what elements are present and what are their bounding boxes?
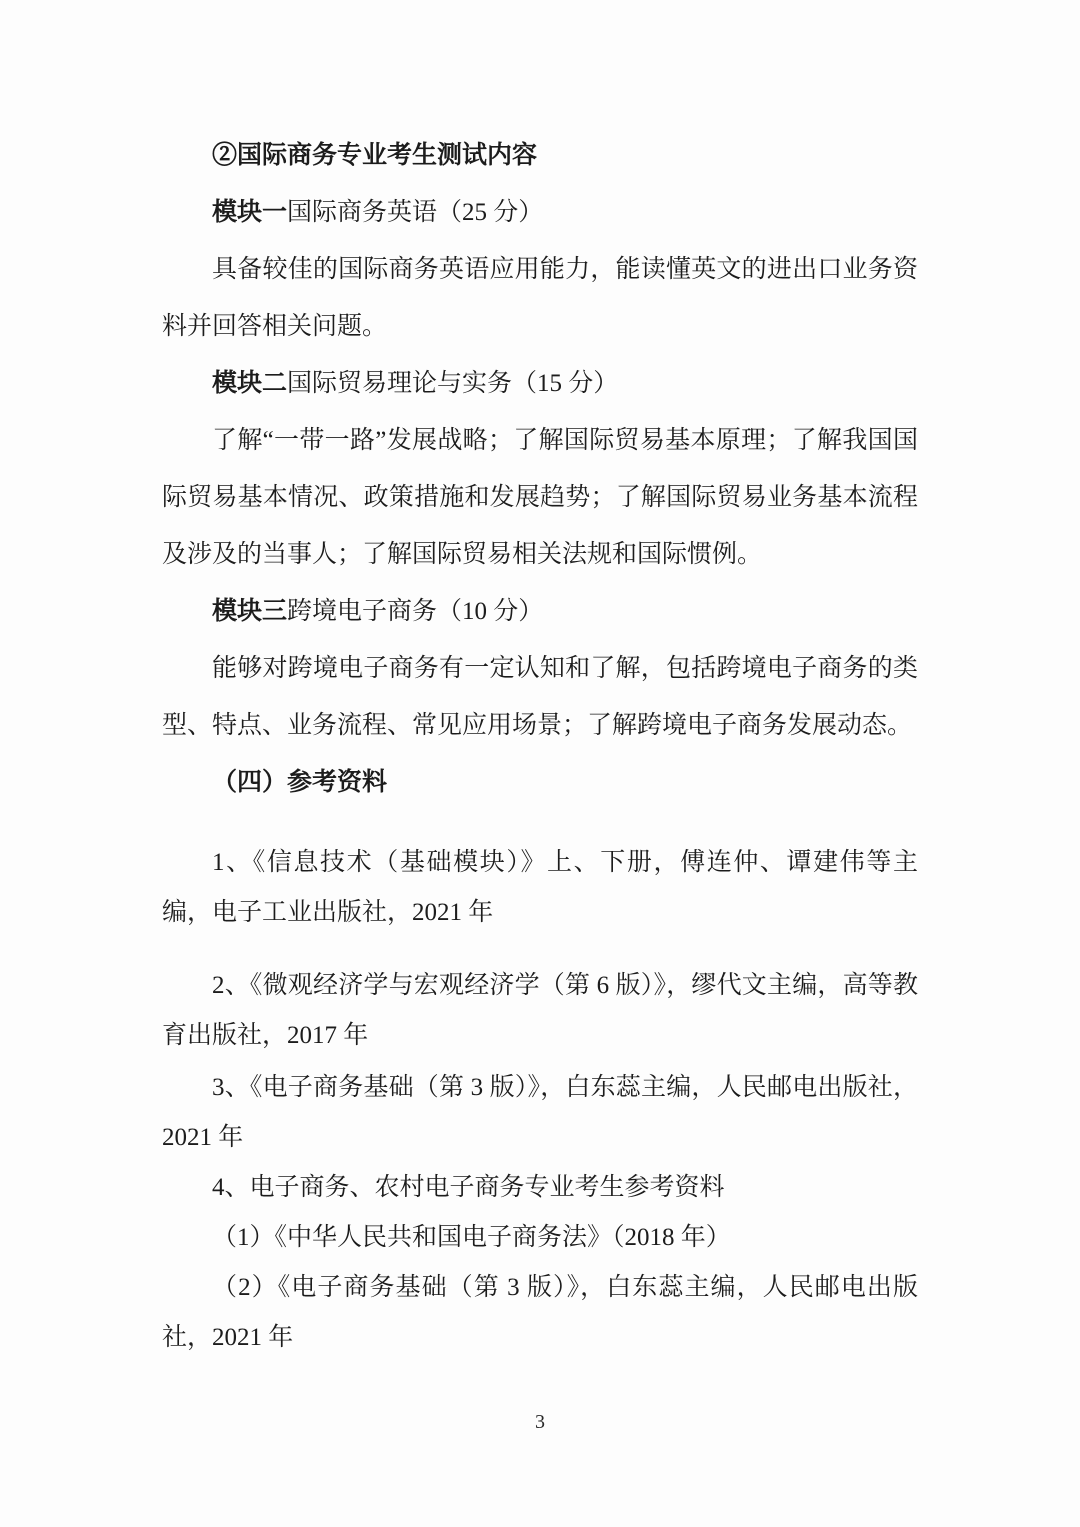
- module-1-title: 国际商务英语（25 分）: [287, 199, 543, 226]
- module-2-title: 国际贸易理论与实务（15 分）: [287, 370, 618, 397]
- reference-item-3: 3、《电子商务基础（第 3 版）》，白东蕊主编，人民邮电出版社，2021 年: [162, 1063, 918, 1163]
- reference-item-2: 2、《微观经济学与宏观经济学（第 6 版）》，缪代文主编，高等教育出版社，201…: [162, 961, 918, 1061]
- module-2-heading: 模块二国际贸易理论与实务（15 分）: [162, 355, 918, 412]
- module-1-description: 具备较佳的国际商务英语应用能力，能读懂英文的进出口业务资料并回答相关问题。: [162, 241, 918, 355]
- page-number: 3: [0, 1408, 1080, 1436]
- test-content-heading: ②国际商务专业考生测试内容: [162, 127, 918, 184]
- references-heading: （四）参考资料: [162, 754, 918, 811]
- module-3-heading: 模块三跨境电子商务（10 分）: [162, 583, 918, 640]
- module-2-label: 模块二: [212, 370, 287, 397]
- module-1-label: 模块一: [212, 199, 287, 226]
- reference-item-4: 4、电子商务、农村电子商务专业考生参考资料: [162, 1163, 918, 1213]
- sub-reference-item-2: （2）《电子商务基础（第 3 版）》，白东蕊主编，人民邮电出版社，2021 年: [162, 1263, 918, 1363]
- reference-item-1: 1、《信息技术（基础模块）》上、下册，傅连仲、谭建伟等主编，电子工业出版社，20…: [162, 838, 918, 938]
- document-page: ②国际商务专业考生测试内容 模块一国际商务英语（25 分） 具备较佳的国际商务英…: [0, 0, 1080, 1527]
- module-3-label: 模块三: [212, 598, 287, 625]
- module-3-description: 能够对跨境电子商务有一定认知和了解，包括跨境电子商务的类型、特点、业务流程、常见…: [162, 640, 918, 754]
- module-3-title: 跨境电子商务（10 分）: [287, 598, 543, 625]
- module-1-heading: 模块一国际商务英语（25 分）: [162, 184, 918, 241]
- document-body: ②国际商务专业考生测试内容 模块一国际商务英语（25 分） 具备较佳的国际商务英…: [162, 127, 918, 1363]
- module-2-description: 了解“一带一路”发展战略；了解国际贸易基本原理；了解我国国际贸易基本情况、政策措…: [162, 412, 918, 583]
- sub-reference-item-1: （1）《中华人民共和国电子商务法》（2018 年）: [162, 1213, 918, 1263]
